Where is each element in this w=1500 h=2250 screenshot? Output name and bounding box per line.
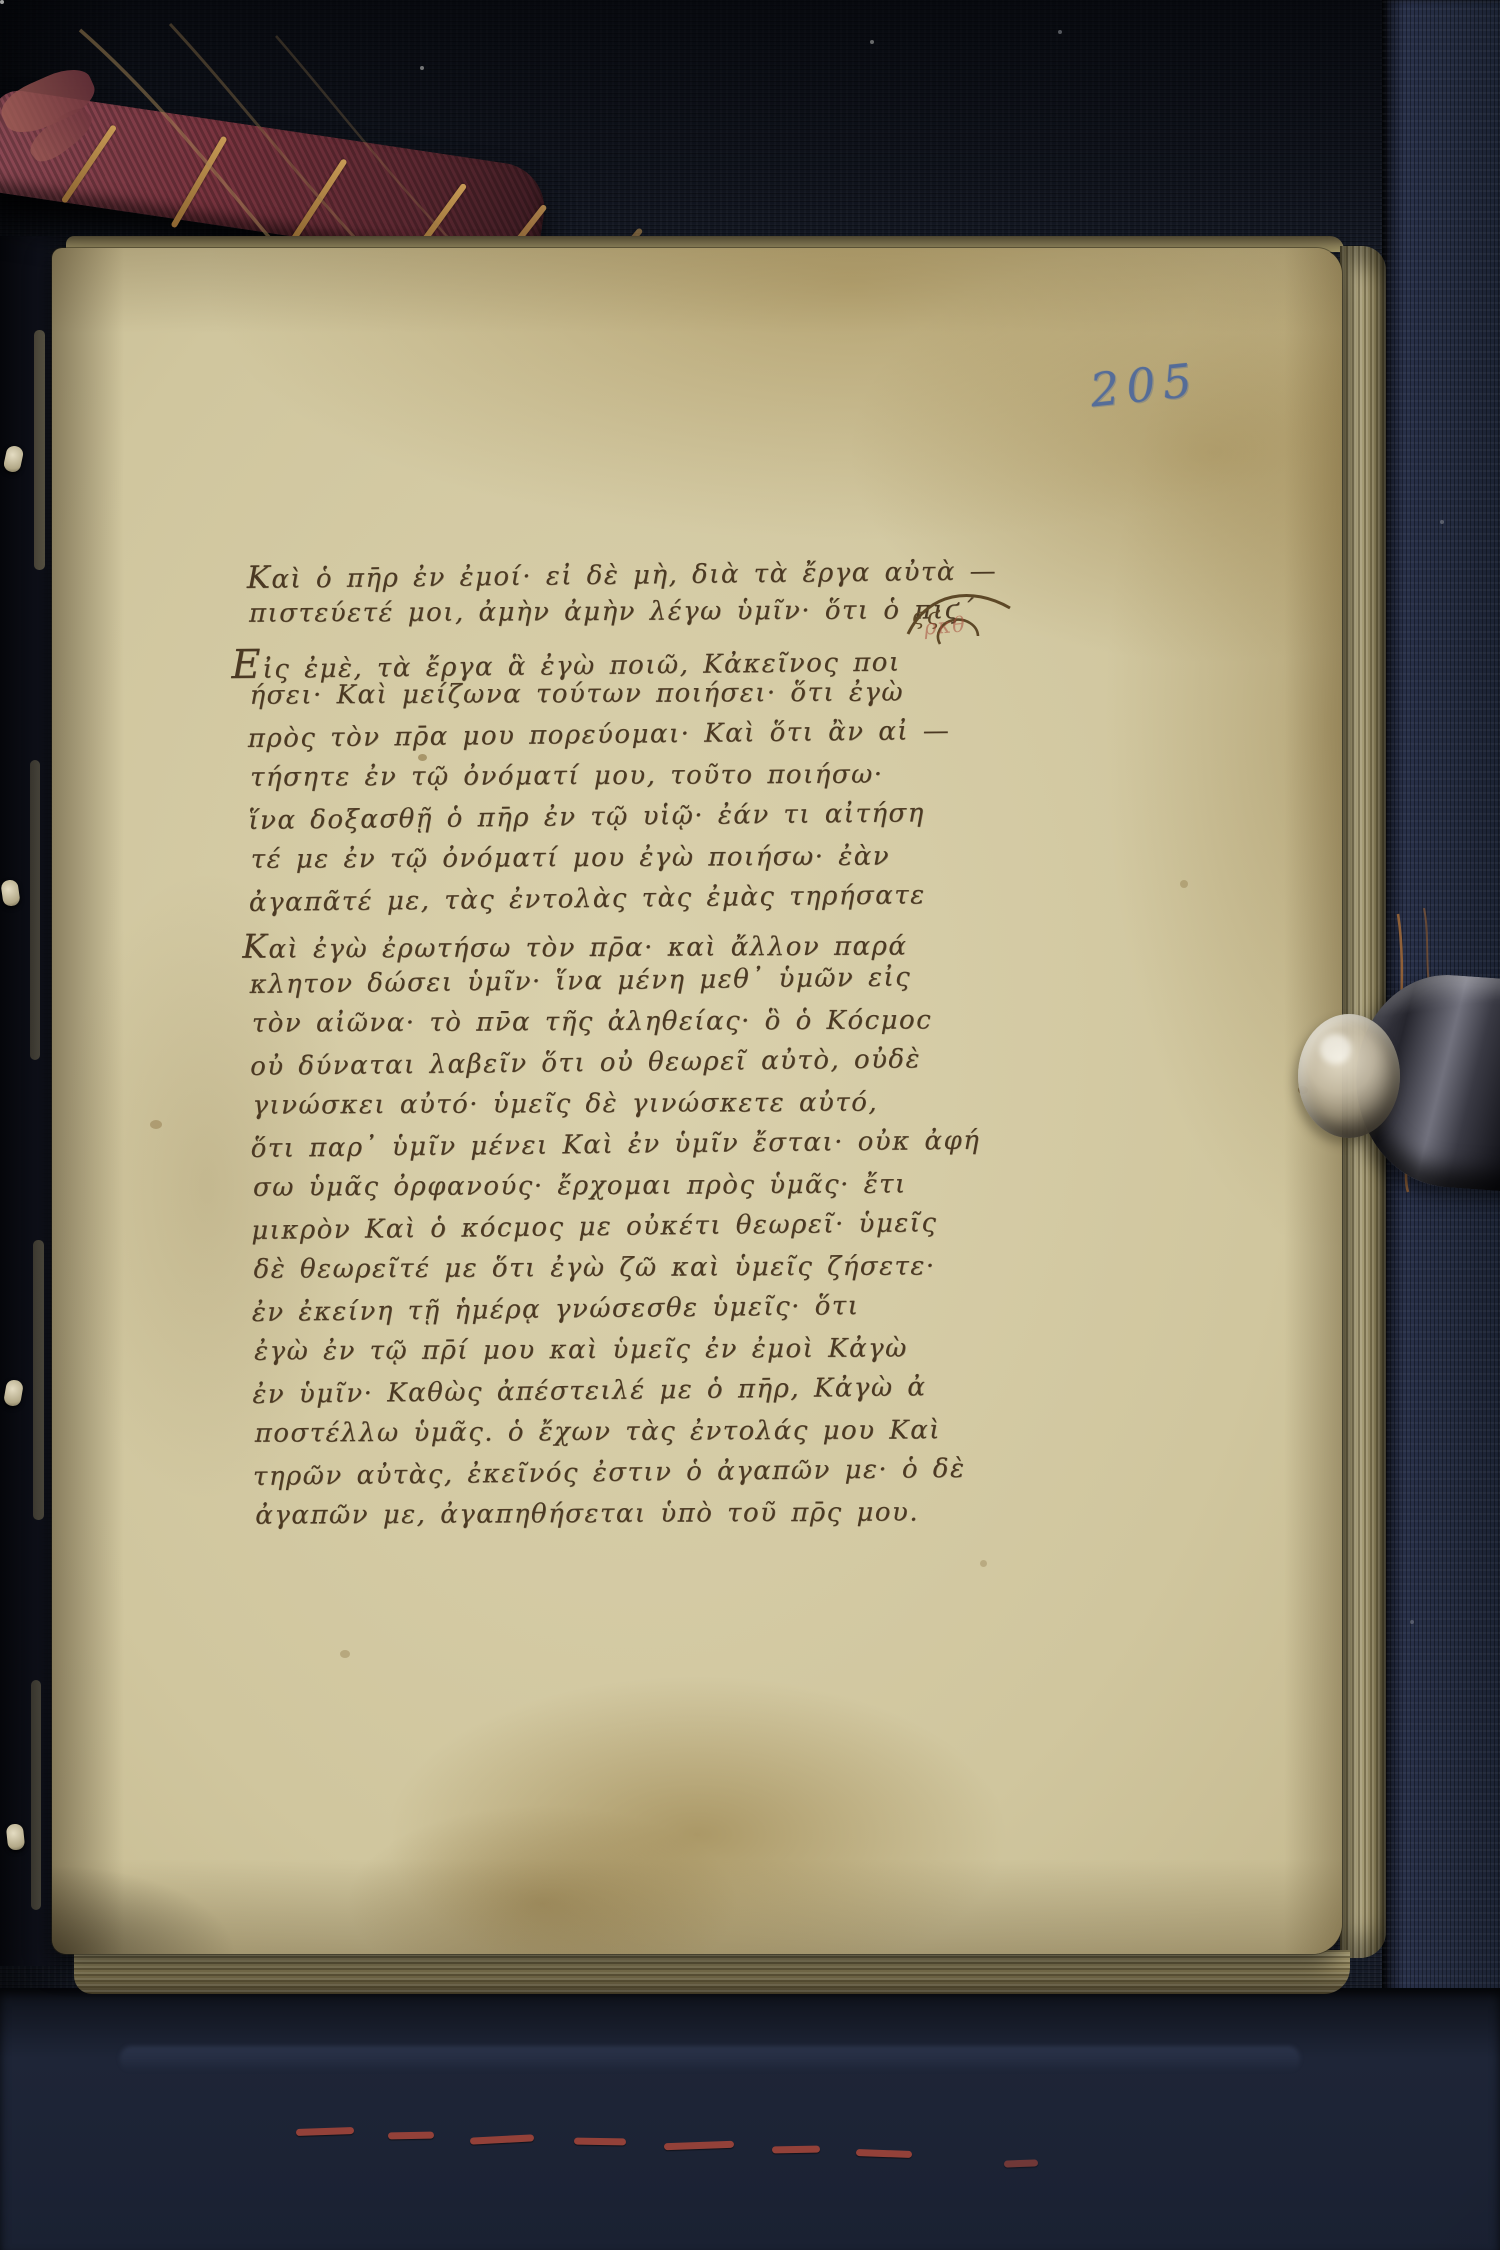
glint-highlight — [1320, 1034, 1351, 1064]
foxing-spot — [1180, 880, 1188, 888]
foxing-spot — [150, 1120, 162, 1129]
text-line: μικρὸν Καὶ ὁ κόϲμος με οὐκέτι θεωρεῖ· ὑμ… — [251, 1208, 951, 1257]
manuscript-photo: 205 Καὶ ὁ πη̄ρ ἐν ἐμοί· εἰ δὲ μὴ, διὰ τὰ… — [0, 0, 1500, 2250]
text-line: ἀγαπῶν με, ἀγαπηθήσεται ὑπὸ τοῦ πρ̄ς μου… — [255, 1497, 955, 1541]
cover-cloth-bottom — [0, 1988, 1500, 2250]
text-line: τέ με ἐν τῷ ὀνόματί μου ἐγὼ ποιήσω· ἐὰν — [251, 841, 951, 885]
text-line: δὲ θεωρεῖτέ με ὅτι ἐγὼ ζῶ καὶ ὑμεῖς ζήσε… — [253, 1251, 953, 1295]
stitch — [1004, 2159, 1038, 2167]
text-line: τηρῶν αὐτὰς, ἐκεῖνός ἐστιν ὁ ἀγαπῶν με· … — [253, 1454, 953, 1503]
foxing-spot — [340, 1650, 350, 1658]
foxing-spot — [980, 1560, 987, 1567]
marginal-section-number: ρκθ — [923, 612, 967, 640]
sewing-knot — [6, 1823, 26, 1851]
text-line: κλητον δώσει ὑμῖν· ἵνα μένη μεθ᾽ ὑμῶν εἰ… — [249, 962, 949, 1011]
text-line: ήσει· Καὶ μείζωνα τούτων ποιήσει· ὅτι ἐγ… — [249, 677, 949, 721]
text-line: Καὶ ἐγὼ ἐρωτήσω τὸν πρ̄α· καὶ ἄλλον παρά — [242, 923, 951, 967]
text-line: τὸν αἰῶνα· τὸ πν̄α τῆς ἀληθείας· ὃ ὁ Κόϲ… — [252, 1005, 952, 1049]
text-block: Καὶ ὁ πη̄ρ ἐν ἐμοί· εἰ δὲ μὴ, διὰ τὰ ἔργ… — [247, 554, 954, 1543]
text-line: σω ὑμᾶς ὀρφανούς· ἔρχομαι πρὸς ὑμᾶς· ἔτι — [253, 1169, 953, 1213]
folio-number: 205 — [1087, 352, 1201, 417]
text-line: ὅτι παρ᾽ ὑμῖν μένει Καὶ ἐν ὑμῖν ἔσται· ο… — [251, 1126, 951, 1175]
page-weight-tip — [1298, 1014, 1400, 1138]
text-line: οὐ δύναται λαβεῖν ὅτι οὐ θεωρεῖ αὐτὸ, οὐ… — [250, 1044, 950, 1093]
text-line: ἵνα δοξασθῇ ὁ πη̄ρ ἐν τῷ υἱῷ· ἐάν τι αἰτ… — [248, 798, 948, 847]
leaf-edge — [33, 1240, 44, 1520]
leaf-edge — [30, 760, 40, 1060]
leaf-edge — [31, 1680, 41, 1910]
leaf-edge — [34, 330, 45, 570]
text-line: ἀγαπᾶτέ με, τὰς ἐντολὰς τὰς ἐμὰς τηρήσατ… — [249, 880, 949, 929]
text-line: τήσητε ἐν τῷ ὀνόματί μου, τοῦτο ποιήσω· — [250, 759, 950, 803]
text-line: ἐν ἐκείνη τῇ ἡμέρᾳ γνώσεσθε ὑμεῖς· ὅτι — [252, 1290, 952, 1339]
text-line: Καὶ ὁ πη̄ρ ἐν ἐμοί· εἰ δὲ μὴ, διὰ τὰ ἔργ… — [246, 552, 946, 601]
stitch — [772, 2146, 820, 2154]
text-line: Εἰς ἐμὲ, τὰ ἔργα ἃ ἐγὼ ποιῶ, Κἀκεῖνος πο… — [231, 634, 947, 683]
text-line: πρὸς τὸν πρ̄α μου πορεύομαι· Καὶ ὅτι ἂν … — [248, 716, 948, 765]
stitch — [574, 2138, 626, 2146]
text-line: ἐγὼ ἐν τῷ πρ̄ί μου καὶ ὑμεῖς ἐν ἐμοὶ Κἀγ… — [254, 1333, 954, 1377]
text-line: ποστέλλω ὑμᾶς. ὁ ἔχων τὰς ἐντολάς μου Κα… — [255, 1415, 955, 1459]
page-corner-shadow — [52, 1862, 242, 1954]
cloth-fold-highlight — [120, 2046, 1300, 2072]
page-stack-bottom-edge — [74, 1950, 1350, 1994]
stitch — [388, 2132, 434, 2140]
text-line: γινώσκει αὐτό· ὑμεῖς δὲ γινώσκετε αὐτό, — [252, 1087, 952, 1131]
dust-specks — [0, 0, 4, 4]
text-line: ἐν ὑμῖν· Καθὼς ἀπέστειλέ με ὁ πη̄ρ, Κἀγὼ… — [252, 1372, 952, 1421]
text-line: πιστεύετέ μοι, ἀμὴν ἀμὴν λέγω ὑμῖν· ὅτι … — [249, 595, 949, 639]
